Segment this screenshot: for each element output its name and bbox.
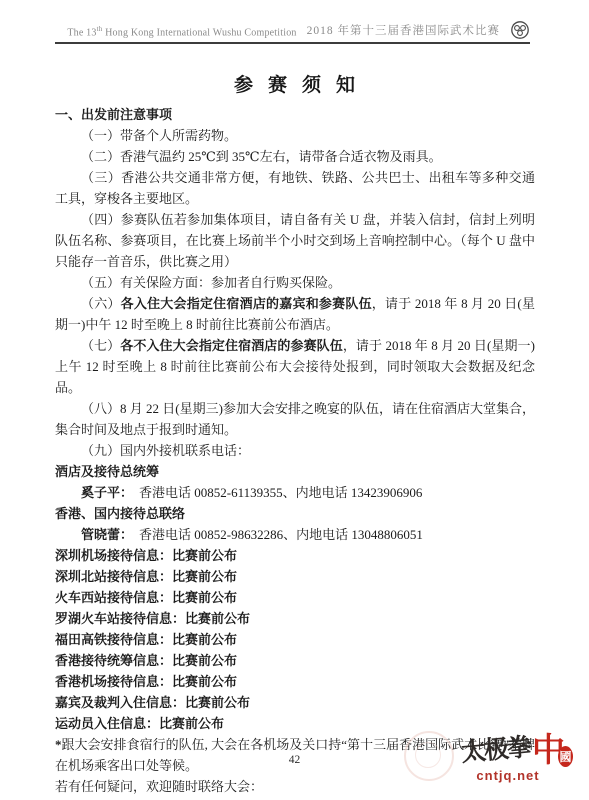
page-header: The 13th Hong Kong International Wushu C… xyxy=(55,20,530,44)
contact-heading-liaison: 香港、国内接待总联络 xyxy=(55,503,535,524)
competition-emblem-icon xyxy=(510,20,530,40)
notice-item-8: （八）8 月 22 日(星期三)参加大会安排之晚宴的队伍，请在住宿酒店大堂集合，… xyxy=(55,398,535,440)
info-line: 运动员入住信息：比赛前公布 xyxy=(55,713,535,734)
section-heading: 一、出发前注意事项 xyxy=(55,104,535,125)
document-page: The 13th Hong Kong International Wushu C… xyxy=(0,0,589,800)
brand-seal-guo-icon: 國 xyxy=(558,746,573,767)
notice-item-1: （一）带备个人所需药物。 xyxy=(55,125,535,146)
notice-item-2: （二）香港气温约 25℃到 35℃左右，请带备合适衣物及雨具。 xyxy=(55,146,535,167)
contact-line-1: 奚子平：香港电话 00852-61139355、内地电话 13423906906 xyxy=(55,482,535,503)
notice-item-7: （七）各不入住大会指定住宿酒店的参赛队伍，请于 2018 年 8 月 20 日(… xyxy=(55,335,535,398)
info-line: 香港接待统筹信息：比赛前公布 xyxy=(55,650,535,671)
notice-item-5: （五）有关保险方面：参加者自行购买保险。 xyxy=(55,272,535,293)
contact-line-2: 管晓蕾：香港电话 00852-98632286、内地电话 13048806051 xyxy=(55,524,535,545)
info-line: 福田高铁接待信息：比赛前公布 xyxy=(55,629,535,650)
brand-watermark: 太极拳 中 國 cntjq.net xyxy=(461,732,573,782)
page-title: 参赛须知 xyxy=(0,70,589,97)
info-line: 深圳北站接待信息：比赛前公布 xyxy=(55,566,535,587)
brand-domain-text: cntjq.net xyxy=(443,769,573,782)
info-line: 罗湖火车站接待信息：比赛前公布 xyxy=(55,608,535,629)
info-line: 火车西站接待信息：比赛前公布 xyxy=(55,587,535,608)
header-title-chinese: 2018 年第十三届香港国际武术比赛 xyxy=(307,22,500,38)
notice-item-9: （九）国内外接机联系电话： xyxy=(55,440,535,461)
info-line: 深圳机场接待信息：比赛前公布 xyxy=(55,545,535,566)
info-line: 香港机场接待信息：比赛前公布 xyxy=(55,671,535,692)
contact-heading-hotel: 酒店及接待总统筹 xyxy=(55,461,535,482)
notice-item-3: （三）香港公共交通非常方便，有地铁、铁路、公共巴士、出租车等多种交通工具，穿梭各… xyxy=(55,167,535,209)
notice-item-6: （六）各入住大会指定住宿酒店的嘉宾和参赛队伍，请于 2018 年 8 月 20 … xyxy=(55,293,535,335)
notice-body: 一、出发前注意事项 （一）带备个人所需药物。 （二）香港气温约 25℃到 35℃… xyxy=(55,104,535,797)
info-line: 嘉宾及裁判入住信息：比赛前公布 xyxy=(55,692,535,713)
header-title-english: The 13th Hong Kong International Wushu C… xyxy=(67,25,296,38)
brand-calligraphy-text: 太极拳 xyxy=(460,734,531,765)
notice-item-4: （四）参赛队伍若参加集体项目，请自备有关 U 盘，并装入信封，信封上列明队伍名称… xyxy=(55,209,535,272)
